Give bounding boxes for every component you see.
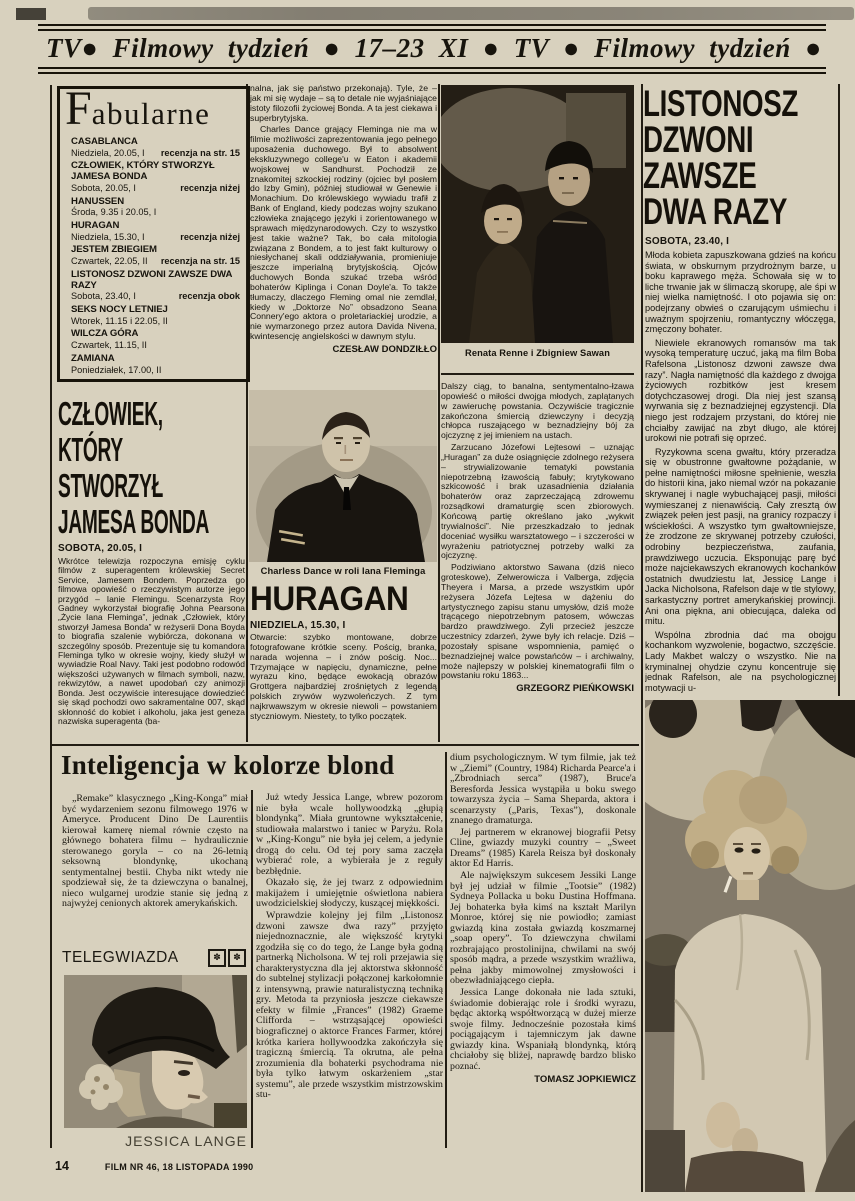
ornament-icon: ✽ xyxy=(208,949,226,967)
film-note: recenzja na str. 15 xyxy=(161,148,240,158)
listing-item: JESTEM ZBIEGIEM Czwartek, 22.05, IIrecen… xyxy=(71,245,240,266)
photo-jessica-lange-hat-art xyxy=(64,975,247,1128)
film-schedule: Sobota, 20.05, I xyxy=(71,183,136,193)
feature-title: Inteligencja w kolorze blond xyxy=(61,750,394,781)
film-title: JESTEM ZBIEGIEM xyxy=(71,245,240,256)
magazine-page: TV● Filmowy tydzień ● 17–23 XI ● TV ● Fi… xyxy=(0,0,855,1201)
ornament-group: ✽ ✽ xyxy=(208,949,246,967)
paragraph: Wkrótce telewizja rozpoczyna emisję cykl… xyxy=(58,557,245,726)
paragraph: dium psychologicznym. W tym filmie, jak … xyxy=(450,753,636,827)
paragraph: Podziwiano aktorstwo Sawana (dziś nieco … xyxy=(441,563,634,681)
article-heading-huragan: HURAGAN xyxy=(250,582,445,616)
byline-feature: TOMASZ JOPKIEWICZ xyxy=(450,1074,636,1085)
photo-huragan-still-art xyxy=(441,85,634,343)
film-schedule: Poniedziałek, 17.00, II xyxy=(71,365,161,375)
article-body-huragan-col3: Dalszy ciąg, to banalna, sentymentalno-ł… xyxy=(441,382,634,744)
schedule-bond: SOBOTA, 20.05, I xyxy=(58,543,142,554)
paragraph: Jej partnerem w ekranowej biografii Pets… xyxy=(450,828,636,870)
listing-item: SEKS NOCY LETNIEJ Wtorek, 11.15 i 22.05,… xyxy=(71,305,240,326)
listing-item: HURAGAN Niedziela, 15.30, Irecenzja niże… xyxy=(71,221,240,242)
film-title: HURAGAN xyxy=(71,221,240,232)
photo-huragan-still xyxy=(441,85,634,343)
column-rule xyxy=(445,752,447,1148)
film-schedule: Czwartek, 22.05, II xyxy=(71,256,148,266)
fabularne-box: Fabularne CASABLANCA Niedziela, 20.05, I… xyxy=(57,86,250,382)
film-note: recenzja niżej xyxy=(180,232,240,242)
fabularne-items: CASABLANCA Niedziela, 20.05, Irecenzja n… xyxy=(60,136,247,375)
header-text: TV● Filmowy tydzień ● 17–23 XI ● TV ● Fi… xyxy=(46,33,822,63)
fabularne-title-initial: F xyxy=(65,86,92,135)
film-schedule: Wtorek, 11.15 i 22.05, II xyxy=(71,316,168,326)
article-body-huragan-col2: Otwarcie: szybko montowane, dobrze fotog… xyxy=(250,633,437,743)
film-schedule: Niedziela, 20.05, I xyxy=(71,148,145,158)
column-rule xyxy=(438,84,440,742)
paragraph: Wspólna zbrodnia dać ma obojgu kochankom… xyxy=(645,630,836,694)
photo-caption-jessica-lange: JESSICA LANGE xyxy=(64,1133,247,1149)
photo-jessica-lange-hat xyxy=(64,975,247,1128)
paragraph: „Remake” klasycznego „King-Konga” miał b… xyxy=(62,794,248,910)
article-heading-listonosz: LISTONOSZ DZWONI ZAWSZE DWA RAZY xyxy=(643,86,853,230)
byline-bond: CZESŁAW DONDZIŁŁO xyxy=(250,344,437,355)
paragraph: Wprawdzie kolejny jej film „Listonosz dz… xyxy=(256,911,443,1101)
listing-item: CASABLANCA Niedziela, 20.05, Irecenzja n… xyxy=(71,137,240,158)
listing-item: ZAMIANA Poniedziałek, 17.00, II xyxy=(71,354,240,375)
telegwiazda-label: TELEGWIAZDA xyxy=(62,949,179,967)
feature-body-col1: „Remake” klasycznego „King-Konga” miał b… xyxy=(62,794,248,944)
scan-artifact-band xyxy=(88,7,854,20)
schedule-listonosz: SOBOTA, 23.40, I xyxy=(645,236,729,247)
film-note: recenzja na str. 15 xyxy=(161,256,240,266)
film-schedule: Środa, 9.35 i 20.05, I xyxy=(71,207,156,217)
caption-divider-rule xyxy=(441,373,634,375)
feature-body-col3: dium psychologicznym. W tym filmie, jak … xyxy=(450,753,636,1153)
section-divider-rule xyxy=(50,744,639,746)
film-title: CZŁOWIEK, KTÓRY STWORZYŁ JAMESA BONDA xyxy=(71,161,240,183)
page-header-band: TV● Filmowy tydzień ● 17–23 XI ● TV ● Fi… xyxy=(38,24,826,74)
photo-jessica-lange-smoking-art xyxy=(645,700,855,1192)
paragraph: Niewiele ekranowych romansów ma tak wyso… xyxy=(645,338,836,444)
issue-label: FILM NR 46, 18 LISTOPADA 1990 xyxy=(105,1162,254,1172)
paragraph: Charles Dance grający Fleminga nie ma w … xyxy=(250,125,437,342)
paragraph: Okazało się, że jej twarz z odpowiednim … xyxy=(256,878,443,910)
byline-huragan: GRZEGORZ PIEŃKOWSKI xyxy=(441,683,634,694)
film-title: WILCZA GÓRA xyxy=(71,329,240,340)
page-number: 14 xyxy=(55,1159,69,1173)
film-title: SEKS NOCY LETNIEJ xyxy=(71,305,240,316)
film-schedule: Niedziela, 15.30, I xyxy=(71,232,145,242)
listing-item: WILCZA GÓRA Czwartek, 11.15, II xyxy=(71,329,240,350)
article-body-bond-col2: nalna, jak się państwo przekonają). Tyle… xyxy=(250,84,437,388)
film-title: LISTONOSZ DZWONI ZAWSZE DWA RAZY xyxy=(71,270,240,292)
film-title: ZAMIANA xyxy=(71,354,240,365)
paragraph: Już wtedy Jessica Lange, wbrew pozorom n… xyxy=(256,793,443,877)
photo-caption-huragan: Renata Renne i Zbigniew Sawan xyxy=(441,348,634,358)
article-body-listonosz: Młoda kobieta zapuszkowana gdzieś na koń… xyxy=(645,250,836,696)
photo-charles-dance xyxy=(249,390,437,562)
film-schedule: Czwartek, 11.15, II xyxy=(71,340,147,350)
ornament-icon: ✽ xyxy=(228,949,246,967)
film-note: recenzja niżej xyxy=(180,183,240,193)
paragraph: Młoda kobieta zapuszkowana gdzieś na koń… xyxy=(645,250,836,335)
column-rule xyxy=(251,790,253,1148)
listing-item: LISTONOSZ DZWONI ZAWSZE DWA RAZY Sobota,… xyxy=(71,270,240,302)
schedule-huragan: NIEDZIELA, 15.30, I xyxy=(250,620,346,631)
feature-body-col2: Już wtedy Jessica Lange, wbrew pozorom n… xyxy=(256,793,443,1158)
paragraph: Ale największym sukcesem Jessiki Lange b… xyxy=(450,871,636,987)
article-heading-bond: CZŁOWIEK, KTÓRY STWORZYŁ JAMESA BONDA xyxy=(58,396,261,540)
paragraph: Dalszy ciąg, to banalna, sentymentalno-ł… xyxy=(441,382,634,441)
paragraph: Ryzykowna scena gwałtu, który przeradza … xyxy=(645,447,836,627)
left-margin-rule xyxy=(50,85,52,1148)
fabularne-title-rest: abularne xyxy=(92,96,211,131)
film-note: recenzja obok xyxy=(179,291,240,301)
scan-artifact-blob xyxy=(16,8,46,20)
paragraph: nalna, jak się państwo przekonają). Tyle… xyxy=(250,84,437,123)
paragraph: Zarzucano Józefowi Lejtesowi – uznając „… xyxy=(441,443,634,561)
listing-item: HANUSSEN Środa, 9.35 i 20.05, I xyxy=(71,197,240,218)
paragraph: Otwarcie: szybko montowane, dobrze fotog… xyxy=(250,633,437,722)
film-title: CASABLANCA xyxy=(71,137,240,148)
photo-jessica-lange-smoking xyxy=(645,700,855,1192)
film-schedule: Sobota, 23.40, I xyxy=(71,291,136,301)
fabularne-title: Fabularne xyxy=(65,90,247,132)
column-rule xyxy=(641,84,643,1192)
photo-caption-charles-dance: Charless Dance w roli Iana Fleminga xyxy=(249,566,437,576)
photo-charles-dance-art xyxy=(249,390,437,562)
telegwiazda-row: TELEGWIAZDA ✽ ✽ xyxy=(62,949,246,967)
listing-item: CZŁOWIEK, KTÓRY STWORZYŁ JAMESA BONDA So… xyxy=(71,161,240,193)
paragraph: Jessica Lange dokonała nie lada sztuki, … xyxy=(450,988,636,1072)
article-body-bond-col1: Wkrótce telewizja rozpoczyna emisję cykl… xyxy=(58,557,245,744)
page-footer: 14 FILM NR 46, 18 LISTOPADA 1990 xyxy=(55,1159,253,1173)
film-title: HANUSSEN xyxy=(71,197,240,208)
